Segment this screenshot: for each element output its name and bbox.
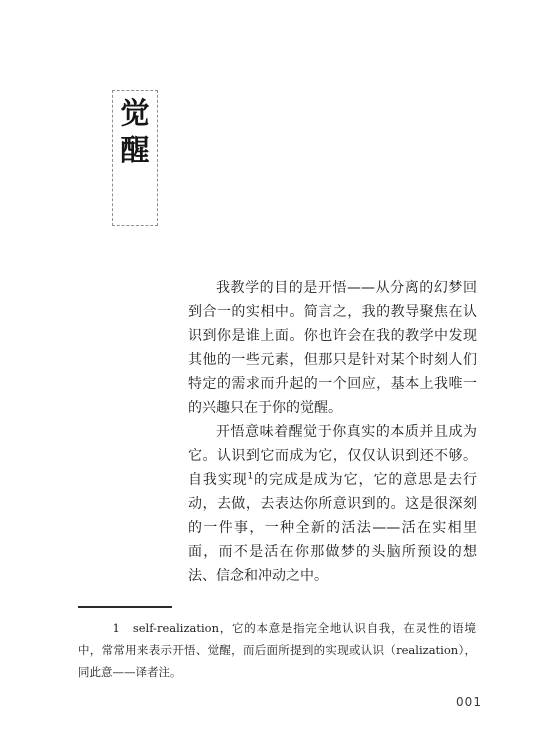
footnote-marker: 1: [113, 621, 120, 635]
paragraph-2: 开悟意味着醒觉于你真实的本质并且成为它。认识到它而成为它，仅仅认识到还不够。自我…: [188, 420, 477, 588]
footnote-text: 1self-realization，它的本意是指完全地认识自我，在灵性的语境中，…: [78, 617, 476, 683]
paragraph-1: 我教学的目的是开悟——从分离的幻梦回到合一的实相中。简言之，我的教导聚焦在认识到…: [188, 276, 477, 420]
chapter-title-box: 觉 醒: [112, 90, 158, 226]
chapter-title-char-1: 觉: [120, 97, 149, 130]
footnote-body: self-realization，它的本意是指完全地认识自我，在灵性的语境中，常…: [78, 621, 476, 679]
body-text-block: 我教学的目的是开悟——从分离的幻梦回到合一的实相中。简言之，我的教导聚焦在认识到…: [188, 276, 477, 588]
page-number: 001: [440, 695, 498, 709]
book-page: 觉 醒 我教学的目的是开悟——从分离的幻梦回到合一的实相中。简言之，我的教导聚焦…: [0, 0, 536, 750]
paragraph-2-text-post: 的完成是成为它，它的意思是去行动，去做，去表达你所意识到的。这是很深刻的一件事，…: [188, 472, 477, 584]
chapter-title-char-2: 醒: [120, 134, 149, 167]
footnote-separator-rule: [78, 606, 172, 608]
footnote-block: 1self-realization，它的本意是指完全地认识自我，在灵性的语境中，…: [78, 617, 476, 683]
